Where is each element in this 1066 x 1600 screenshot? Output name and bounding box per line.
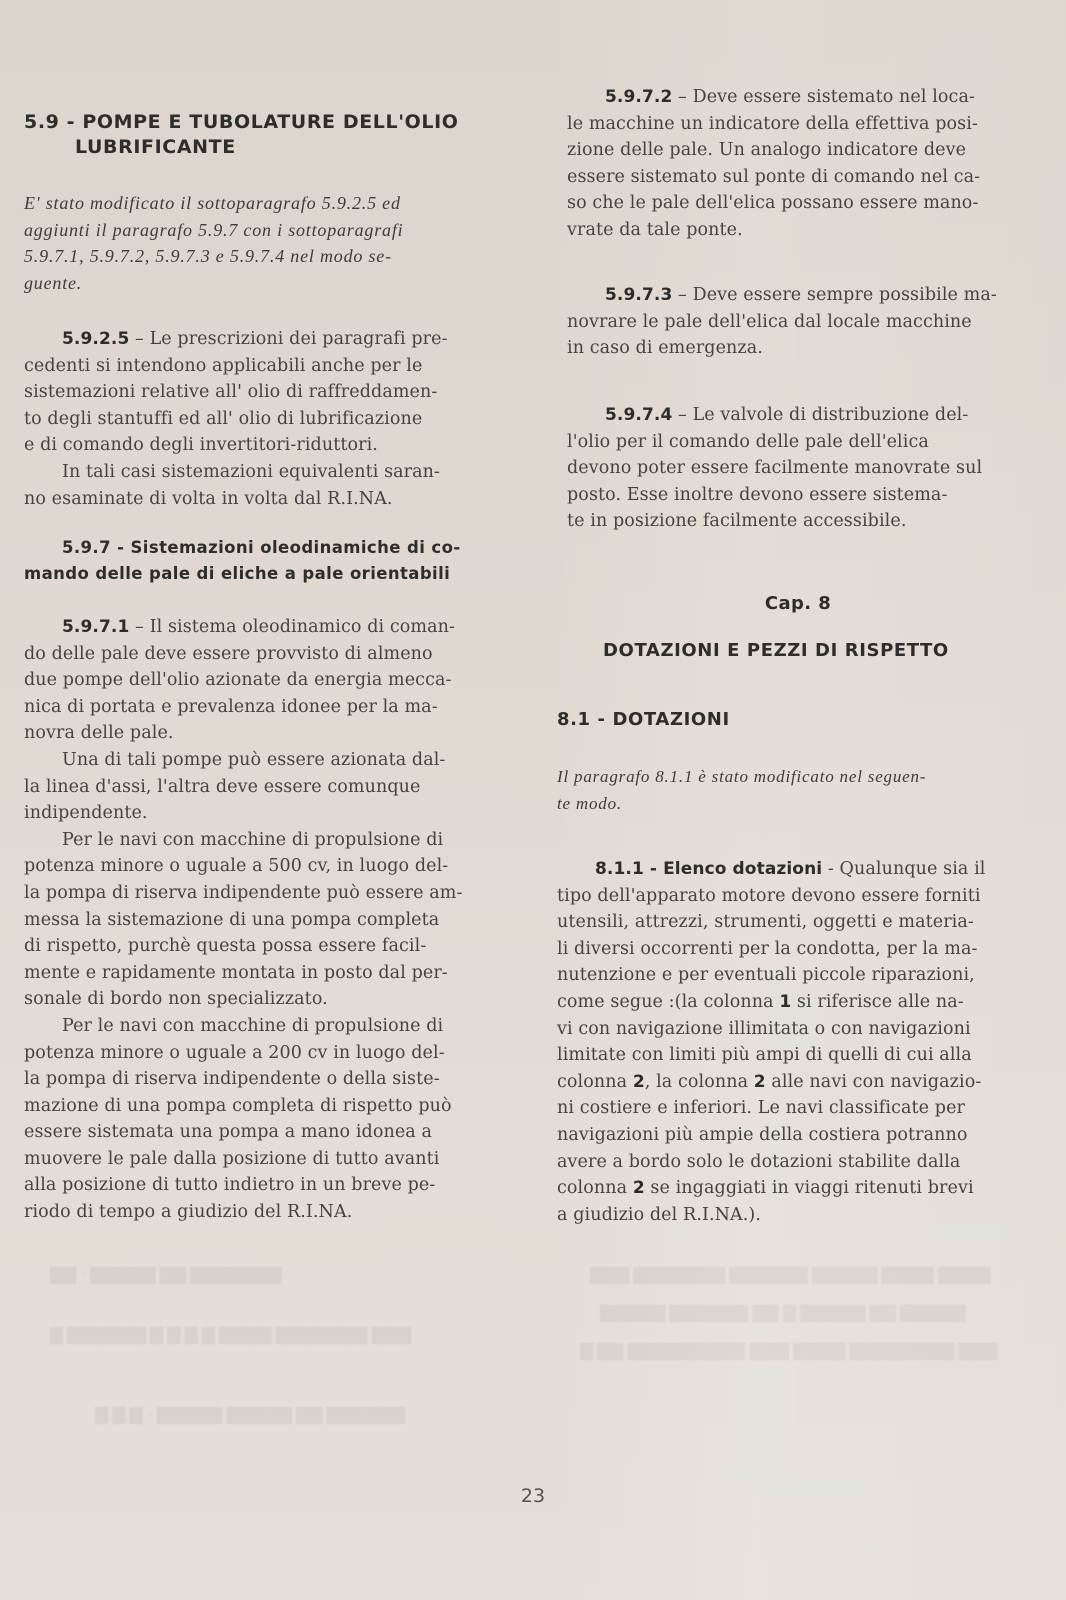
bleed-through-text: ▇.▇.▇ · ▇▇▇▇▇ ▇▇▇▇▇ ▇▇ ▇▇▇▇▇▇ <box>95 1398 405 1432</box>
bleed-through-text: ▇▇▇ ▇▇▇▇▇▇▇ ▇▇▇▇▇▇ ▇▇▇▇▇ ▇▇▇▇ ▇▇▇▇ <box>590 1258 990 1292</box>
section-5-9-note: E' stato modificato il sottoparagrafo 5.… <box>24 190 502 296</box>
paragraph-8-1-1: 8.1.1 - Elenco dotazioni - Qualunque sia… <box>557 856 1029 1228</box>
bleed-through-text: ▇ ▇▇ ▇▇▇▇▇▇▇▇▇ ▇▇▇ ▇▇▇▇ ▇▇▇▇▇▇▇▇ ▇▇▇ <box>580 1334 998 1368</box>
paragraph-number: 5.9.7.1 <box>62 617 129 637</box>
section-5-9-heading: 5.9 - POMPE E TUBOLATURE DELL'OLIO LUBRI… <box>24 110 502 160</box>
section-8-1-heading: 8.1 - DOTAZIONI <box>557 707 1029 732</box>
page-number: 23 <box>0 1485 1066 1507</box>
bleed-through-text: ▇▇▇▇▇ ▇▇▇▇▇▇ ▇▇ ▇ ▇▇▇▇▇ ▇▇ ▇▇▇▇▇ <box>600 1296 965 1330</box>
paragraph-title: 8.1.1 - Elenco dotazioni <box>595 859 822 879</box>
document-page: ▇▇ · ▇▇▇▇▇ ▇▇ ▇▇▇▇▇▇▇ ▇ ▇▇▇▇▇▇ ▇ ▇ ▇ ▇ ▇… <box>0 0 1066 1600</box>
section-8-1-note: Il paragrafo 8.1.1 è stato modificato ne… <box>557 764 1029 817</box>
paragraph-number: 5.9.7.3 <box>605 285 672 305</box>
chapter-title: DOTAZIONI E PEZZI DI RISPETTO <box>603 638 1029 663</box>
bleed-through-text: ▇ ▇▇▇▇▇▇ ▇ ▇ ▇ ▇ ▇▇▇▇ ▇▇▇▇▇▇▇ ▇▇▇ <box>50 1318 411 1352</box>
column-ref: 2 <box>754 1072 766 1092</box>
paragraph-5-9-7-1: 5.9.7.1 – Il sistema oleodinamico di com… <box>24 614 502 1226</box>
column-ref: 2 <box>633 1178 645 1198</box>
section-5-9-7-heading: 5.9.7 - Sistemazioni oleodinamiche di co… <box>24 535 502 587</box>
paragraph-5-9-7-2: 5.9.7.2 – Deve essere sistemato nel loca… <box>567 84 1029 244</box>
paragraph-5-9-7-4: 5.9.7.4 – Le valvole di distribuzione de… <box>567 402 1029 535</box>
paragraph-5-9-2-5: 5.9.2.5 – Le prescrizioni dei paragrafi … <box>24 326 502 512</box>
paragraph-number: 5.9.2.5 <box>62 329 129 349</box>
column-ref: 2 <box>633 1072 645 1092</box>
paragraph-5-9-7-3: 5.9.7.3 – Deve essere sempre possibile m… <box>567 282 1029 362</box>
paragraph-number: 5.9.7.4 <box>605 405 672 425</box>
column-ref: 1 <box>779 992 791 1012</box>
bleed-through-text: ▇▇ · ▇▇▇▇▇ ▇▇ ▇▇▇▇▇▇▇ <box>50 1258 282 1292</box>
chapter-label: Cap. 8 <box>567 591 1029 617</box>
paragraph-number: 5.9.7.2 <box>605 87 672 107</box>
